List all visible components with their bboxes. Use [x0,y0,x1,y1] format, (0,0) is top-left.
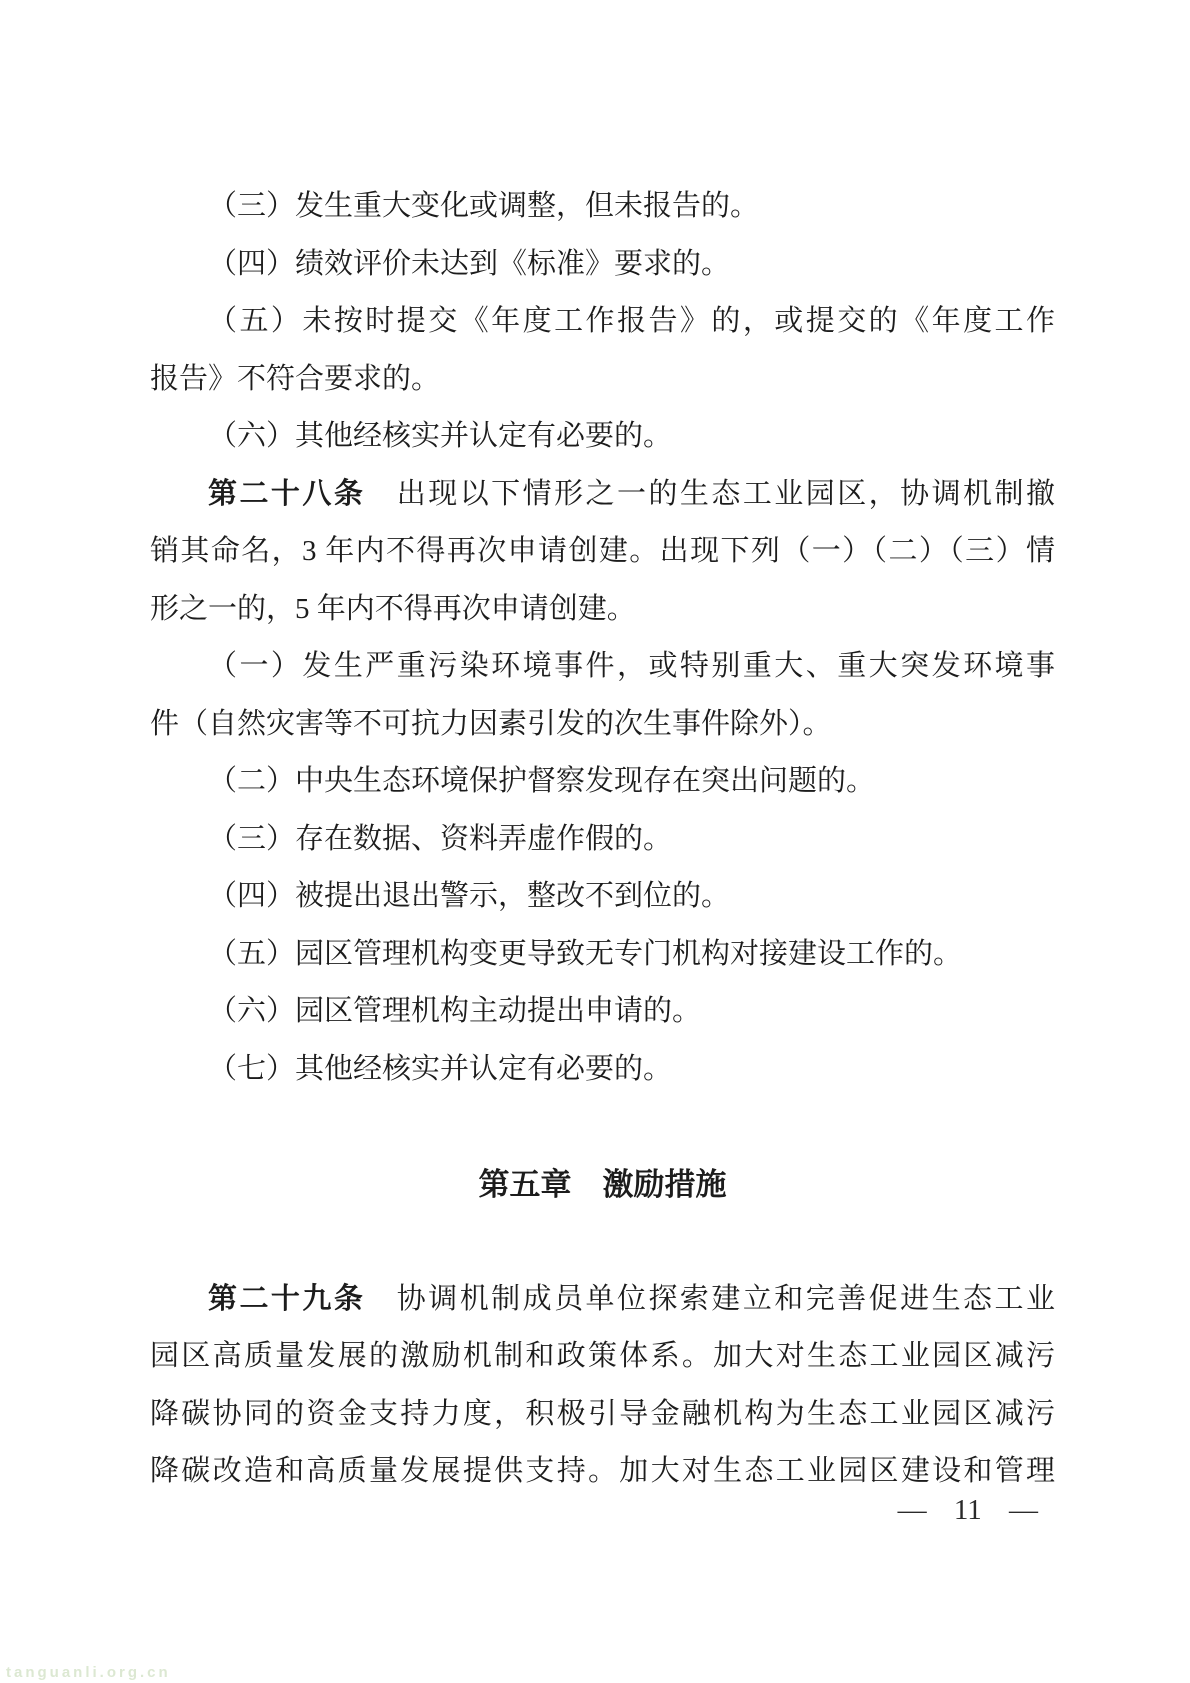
item-1-revoke-name-line: （一）发生严重污染环境事件，或特别重大、重大突发环境事 [150,638,1055,696]
item-5-revoke-warning-line: 报告》不符合要求的。 [150,351,1055,409]
item-4-revoke-name-line: （四）被提出退出警示，整改不到位的。 [150,868,1055,926]
item-2-revoke-name-line: （二）中央生态环境保护督察发现存在突出问题的。 [150,753,1055,811]
page-number: — 11 — [898,1492,1038,1528]
article-28-line: 形之一的，5 年内不得再次申请创建。 [150,581,1055,639]
item-4-revoke-warning-line: （四）绩效评价未达到《标准》要求的。 [150,236,1055,294]
document-page: （三）发生重大变化或调整，但未报告的。（四）绩效评价未达到《标准》要求的。（五）… [0,0,1190,1683]
item-5-revoke-name-line: （五）园区管理机构变更导致无专门机构对接建设工作的。 [150,926,1055,984]
item-1-revoke-name-line: 件（自然灾害等不可抗力因素引发的次生事件除外）。 [150,696,1055,754]
item-3-revoke-name-line: （三）存在数据、资料弄虚作假的。 [150,811,1055,869]
item-7-revoke-name-line: （七）其他经核实并认定有必要的。 [150,1041,1055,1099]
article-29-line: 第二十九条 协调机制成员单位探索建立和完善促进生态工业 [150,1271,1055,1329]
item-3-revoke-warning-line: （三）发生重大变化或调整，但未报告的。 [150,178,1055,236]
article-number: 第二十九条 [208,1283,365,1315]
article-28-line: 销其命名，3 年内不得再次申请创建。出现下列（一）（二）（三）情 [150,523,1055,581]
document-body: （三）发生重大变化或调整，但未报告的。（四）绩效评价未达到《标准》要求的。（五）… [150,178,1055,1501]
item-6-revoke-warning-line: （六）其他经核实并认定有必要的。 [150,408,1055,466]
article-29-line: 园区高质量发展的激励机制和政策体系。加大对生态工业园区减污 [150,1328,1055,1386]
item-6-revoke-name-line: （六）园区管理机构主动提出申请的。 [150,983,1055,1041]
article-29-line: 降碳协同的资金支持力度，积极引导金融机构为生态工业园区减污 [150,1386,1055,1444]
article-number: 第二十八条 [208,478,365,510]
item-5-revoke-warning-line: （五）未按时提交《年度工作报告》的，或提交的《年度工作 [150,293,1055,351]
watermark: tanguanli.org.cn [6,1664,171,1681]
chapter-5-heading: 第五章 激励措施 [150,1156,1055,1214]
article-28-line: 第二十八条 出现以下情形之一的生态工业园区，协调机制撤 [150,466,1055,524]
